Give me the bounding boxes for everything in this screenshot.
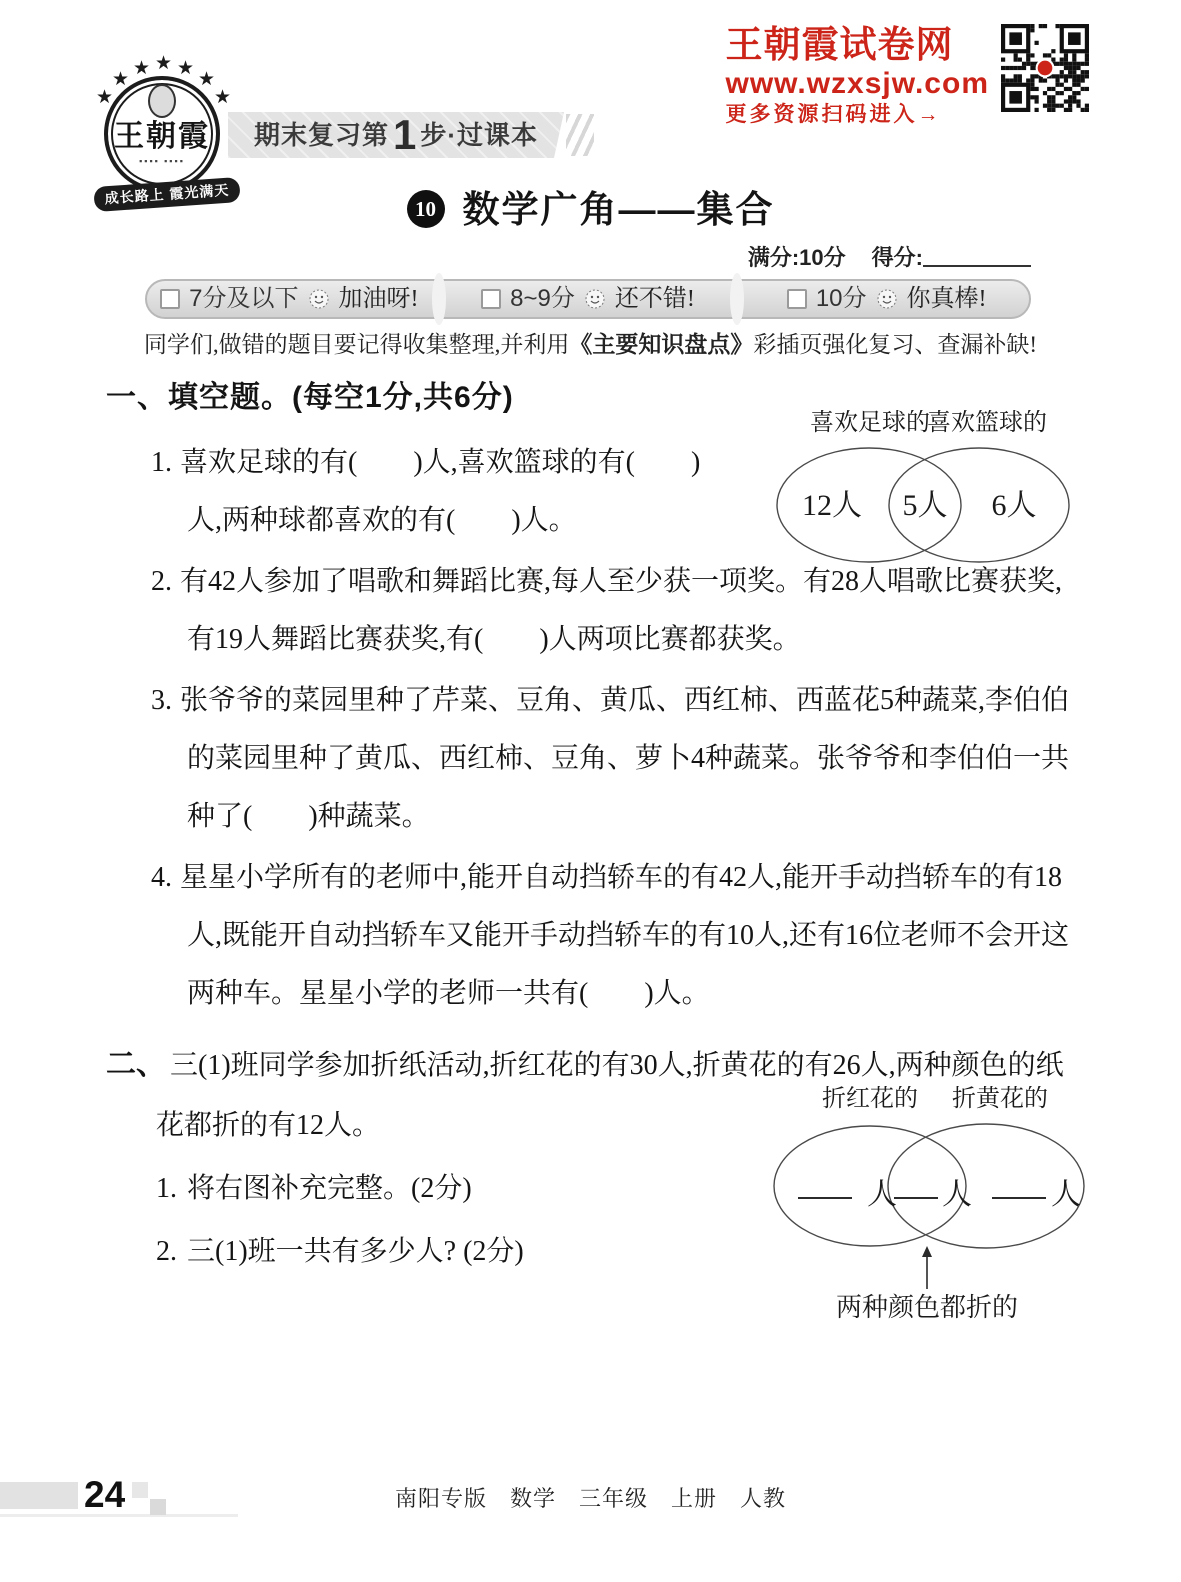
banner-prefix: 期末复习第 xyxy=(254,122,389,148)
notice-text-post: 彩插页强化复习、查漏补缺! xyxy=(753,332,1037,357)
section-two-number: 二、 xyxy=(106,1048,170,1081)
venn-left-unit: 人 xyxy=(867,1178,897,1211)
question-1: 1.喜欢足球的有( )人,喜欢篮球的有( )人,两种球都喜欢的有( )人。 xyxy=(151,434,729,550)
question-3: 3.张爷爷的菜园里种了芹菜、豆角、黄瓜、西红柿、西蓝花5种蔬菜,李伯伯的菜园里种… xyxy=(151,672,1084,846)
star-icon: ★ xyxy=(133,59,150,78)
question-text: 有42人参加了唱歌和舞蹈比赛,每人至少获一项奖。有28人唱歌比赛获奖,有19人舞… xyxy=(180,566,1062,655)
venn-right-label: 折黄花的 xyxy=(952,1086,1048,1112)
star-icon: ★ xyxy=(112,70,129,89)
section-two-word-problem: 二、三(1)班同学参加折纸活动,折红花的有30人,折黄花的有26人,两种颜色的纸… xyxy=(106,1036,1090,1282)
star-icon: ★ xyxy=(177,59,194,78)
score-comment: 还不错! xyxy=(615,287,695,311)
question-text: 将右图补充完整。(2分) xyxy=(187,1173,472,1204)
exam-paper-page: 王朝霞试卷网 www.wzxsjw.com 更多资源扫码进入→ ★ ★ ★ ★ … xyxy=(0,0,1181,1582)
edition-info: 南阳专版 数学 三年级 上册 人教 xyxy=(0,1486,1181,1512)
score-write-in-blank xyxy=(923,247,1031,267)
score-checkbox-mid[interactable] xyxy=(481,289,501,309)
smiley-face-icon xyxy=(308,288,330,310)
brand-text: 王朝霞试卷网 www.wzxsjw.com 更多资源扫码进入→ xyxy=(725,24,989,128)
smiley-face-icon xyxy=(876,288,898,310)
venn-left-label: 折红花的 xyxy=(822,1086,918,1112)
star-icon: ★ xyxy=(155,54,172,73)
full-score-label: 满分:10分 xyxy=(748,245,846,270)
portrait-icon xyxy=(148,84,176,118)
lesson-title-row: 10 数学广角——集合 xyxy=(0,188,1181,232)
venn-right-unit: 人 xyxy=(1051,1178,1081,1211)
page-title: 数学广角——集合 xyxy=(463,189,775,230)
question-2: 2.有42人参加了唱歌和舞蹈比赛,每人至少获一项奖。有28人唱歌比赛获奖,有19… xyxy=(151,553,1084,669)
score-line: 满分:10分得分: xyxy=(748,247,1031,269)
score-range-label: 7分及以下 xyxy=(189,287,298,311)
study-notice: 同学们,做错的题目要记得收集整理,并利用《主要知识盘点》彩插页强化复习、查漏补缺… xyxy=(60,330,1121,360)
question-text: 三(1)班一共有多少人? (2分) xyxy=(187,1236,524,1267)
score-label: 得分: xyxy=(872,245,923,270)
banner-stripes-decoration xyxy=(566,114,594,156)
segment-divider xyxy=(730,273,744,325)
brand-scan-hint: 更多资源扫码进入→ xyxy=(725,101,941,128)
venn-diagram-football-basketball: 喜欢足球的 喜欢篮球的 12人 5人 6人 xyxy=(774,410,1074,568)
venn-middle-value: 5人 xyxy=(903,489,948,522)
question-number: 4. xyxy=(151,862,180,893)
arrow-head-icon xyxy=(922,1246,932,1257)
star-icon: ★ xyxy=(214,88,231,107)
venn-left-value: 12人 xyxy=(802,489,862,522)
question-number: 2. xyxy=(156,1236,187,1267)
header-banner: 期末复习第 1 步·过课本 xyxy=(228,112,564,158)
question-4: 4.星星小学所有的老师中,能开自动挡轿车的有42人,能开手动挡轿车的有18人,既… xyxy=(151,849,1084,1023)
venn-diagram-paper-flowers: 折红花的 折黄花的 人 人 人 两种颜色都折的 xyxy=(770,1086,1090,1321)
question-text: 喜欢足球的有( )人,喜欢篮球的有( )人,两种球都喜欢的有( )人。 xyxy=(180,447,700,536)
lesson-number-badge: 10 xyxy=(407,190,445,228)
score-segment-high: 10分 你真棒! xyxy=(744,287,1029,311)
smiley-face-icon xyxy=(584,288,606,310)
score-comment: 加油呀! xyxy=(339,287,419,311)
question-number: 1. xyxy=(156,1173,187,1204)
segment-divider xyxy=(432,273,446,325)
venn-arrow-caption: 两种颜色都折的 xyxy=(836,1293,1018,1321)
score-segment-mid: 8~9分 还不错! xyxy=(446,287,731,311)
score-range-label: 8~9分 xyxy=(510,287,575,311)
score-checkbox-low[interactable] xyxy=(160,289,180,309)
venn-left-label: 喜欢足球的 xyxy=(810,410,930,436)
notice-text-pre: 同学们,做错的题目要记得收集整理,并利用 xyxy=(144,332,570,357)
score-range-label: 10分 xyxy=(816,287,867,311)
banner-step-number: 1 xyxy=(391,114,418,156)
logo-subtext-decoration: ▪▪▪▪ ▪▪▪▪ xyxy=(98,156,226,166)
score-rating-bar: 7分及以下 加油呀! 8~9分 还不错! 10分 xyxy=(145,279,1031,319)
venn-right-label: 喜欢篮球的 xyxy=(927,410,1047,436)
score-segment-low: 7分及以下 加油呀! xyxy=(147,287,432,311)
brand-site-name: 王朝霞试卷网 xyxy=(725,24,953,67)
question-number: 3. xyxy=(151,685,180,716)
star-icon: ★ xyxy=(96,88,113,107)
star-icon: ★ xyxy=(198,70,215,89)
banner-suffix: 步·过课本 xyxy=(420,122,538,148)
score-comment: 你真棒! xyxy=(907,287,987,311)
venn-right-value: 6人 xyxy=(992,489,1037,522)
brand-site-url: www.wzxsjw.com xyxy=(725,67,989,102)
notice-book-title: 《主要知识盘点》 xyxy=(569,331,753,357)
brand-block: 王朝霞试卷网 www.wzxsjw.com 更多资源扫码进入→ xyxy=(725,24,1089,128)
question-text: 星星小学所有的老师中,能开自动挡轿车的有42人,能开手动挡轿车的有18人,既能开… xyxy=(180,862,1069,1009)
question-text: 张爷爷的菜园里种了芹菜、豆角、黄瓜、西红柿、西蓝花5种蔬菜,李伯伯的菜园里种了黄… xyxy=(180,685,1069,832)
logo-name: 王朝霞 xyxy=(98,122,226,152)
qr-code-icon xyxy=(1001,24,1089,112)
question-number: 2. xyxy=(151,566,180,597)
score-checkbox-high[interactable] xyxy=(787,289,807,309)
section-one-fill-blanks: 一、填空题。(每空1分,共6分) 1.喜欢足球的有( )人,喜欢篮球的有( )人… xyxy=(106,376,1084,1026)
question-number: 1. xyxy=(151,447,180,478)
venn-middle-unit: 人 xyxy=(942,1178,972,1211)
